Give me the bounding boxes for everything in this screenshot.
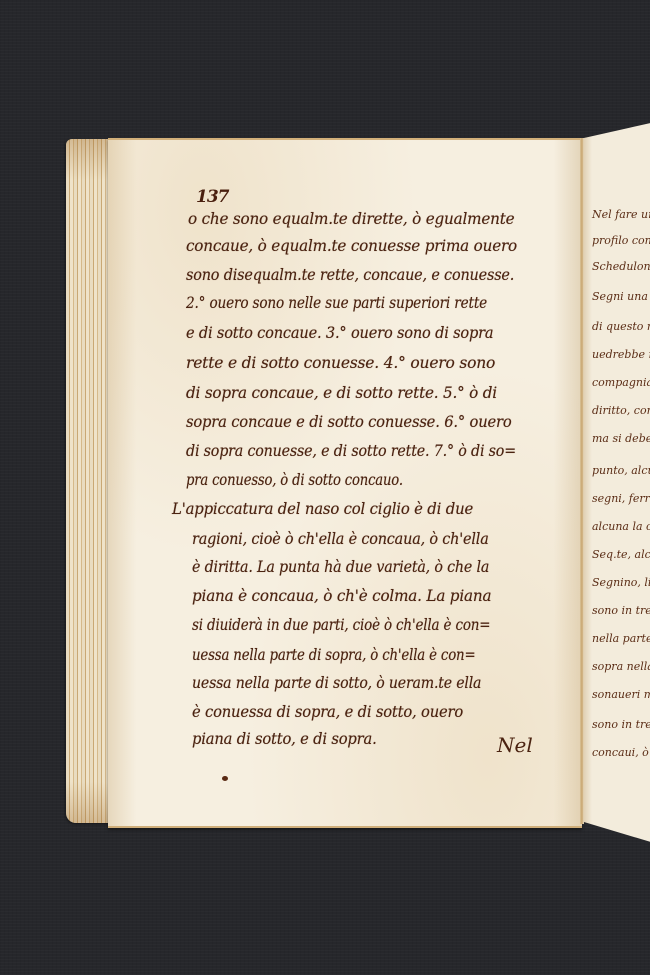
book-gutter — [580, 138, 584, 824]
text-line-11: L'appiccatura del naso col ciglio è di d… — [172, 500, 473, 518]
text-line-1: o che sono equalm.te dirette, ò egualmen… — [188, 210, 514, 228]
text-line-14: piana è concaua, ò ch'è colma. La piana — [192, 587, 491, 605]
right-page-line: diritto, concauo et c — [592, 404, 650, 417]
ink-blot — [222, 776, 228, 781]
text-line-18: è conuessa di sopra, e di sotto, ouero — [192, 703, 463, 721]
manuscript-book: Nel fare un G profilo con st Schedulone.… — [0, 0, 650, 975]
text-line-15: si diuiderà in due parti, cioè ò ch'ella… — [192, 616, 490, 634]
text-line-16: uessa nella parte di sopra, ò ch'ella è … — [192, 646, 475, 664]
right-page-line: concaui, ò sono — [592, 746, 650, 759]
text-line-2: concaue, ò equalm.te conuesse prima ouer… — [186, 237, 517, 255]
right-page-line: sonaueri mezzo — [592, 688, 650, 701]
page-number: 137 — [196, 187, 229, 207]
right-page-line: segni, ferrà di lo — [592, 492, 650, 505]
right-page-line: sono in tre modi c — [592, 604, 650, 617]
text-line-19: piana di sotto, e di sopra. — [192, 730, 377, 748]
right-page-line: profilo con st — [592, 234, 650, 247]
right-page-line: ma si debe che quan — [592, 432, 650, 445]
text-line-5: e di sotto concaue. 3.° ouero sono di so… — [186, 324, 493, 342]
text-line-6: rette e di sotto conuesse. 4.° ouero son… — [186, 354, 495, 372]
text-line-12: ragioni, cioè ò ch'ella è concaua, ò ch'… — [192, 530, 489, 548]
right-page: Nel fare un G profilo con st Schedulone.… — [584, 120, 650, 846]
right-page-line: compagnia de Nasi c — [592, 376, 650, 389]
text-line-13: è diritta. La punta hà due varietà, ò ch… — [192, 558, 489, 576]
text-line-3: sono disequalm.te rette, concaue, e conu… — [186, 266, 514, 284]
page-edge-stack — [66, 139, 114, 823]
text-line-10: pra conuesso, ò di sotto concauo. — [186, 471, 403, 489]
right-page-line: Schedulone. F — [592, 260, 650, 273]
right-page-line: punto, alcuni la gi — [592, 464, 650, 477]
right-page-line: uedrebbe naso, e — [592, 348, 650, 361]
right-page-line: sopra nella pa — [592, 660, 650, 673]
right-page-line: alcuna la concaua — [592, 520, 650, 533]
catchword: Nel — [497, 733, 533, 757]
right-page-line: Segnino, li nasi c — [592, 576, 650, 589]
text-line-17: uessa nella parte di sotto, ò ueram.te e… — [192, 674, 481, 692]
right-page-line: sono in tre modi — [592, 718, 650, 731]
right-page-line: Segni una bisegnat — [592, 290, 650, 303]
text-line-9: di sopra conuesse, e di sotto rette. 7.°… — [186, 442, 516, 460]
text-line-7: di sopra concaue, e di sotto rette. 5.° … — [186, 384, 497, 402]
right-page-line: Nel fare un G — [592, 208, 650, 221]
right-page-line: di questo membro — [592, 320, 650, 333]
right-page-line: nella parte di so — [592, 632, 650, 645]
text-line-4: 2.° ouero sono nelle sue parti superiori… — [186, 294, 487, 312]
text-line-8: sopra concaue e di sotto conuesse. 6.° o… — [186, 413, 512, 431]
right-page-line: Seq.te, alcuni nel m — [592, 548, 650, 561]
